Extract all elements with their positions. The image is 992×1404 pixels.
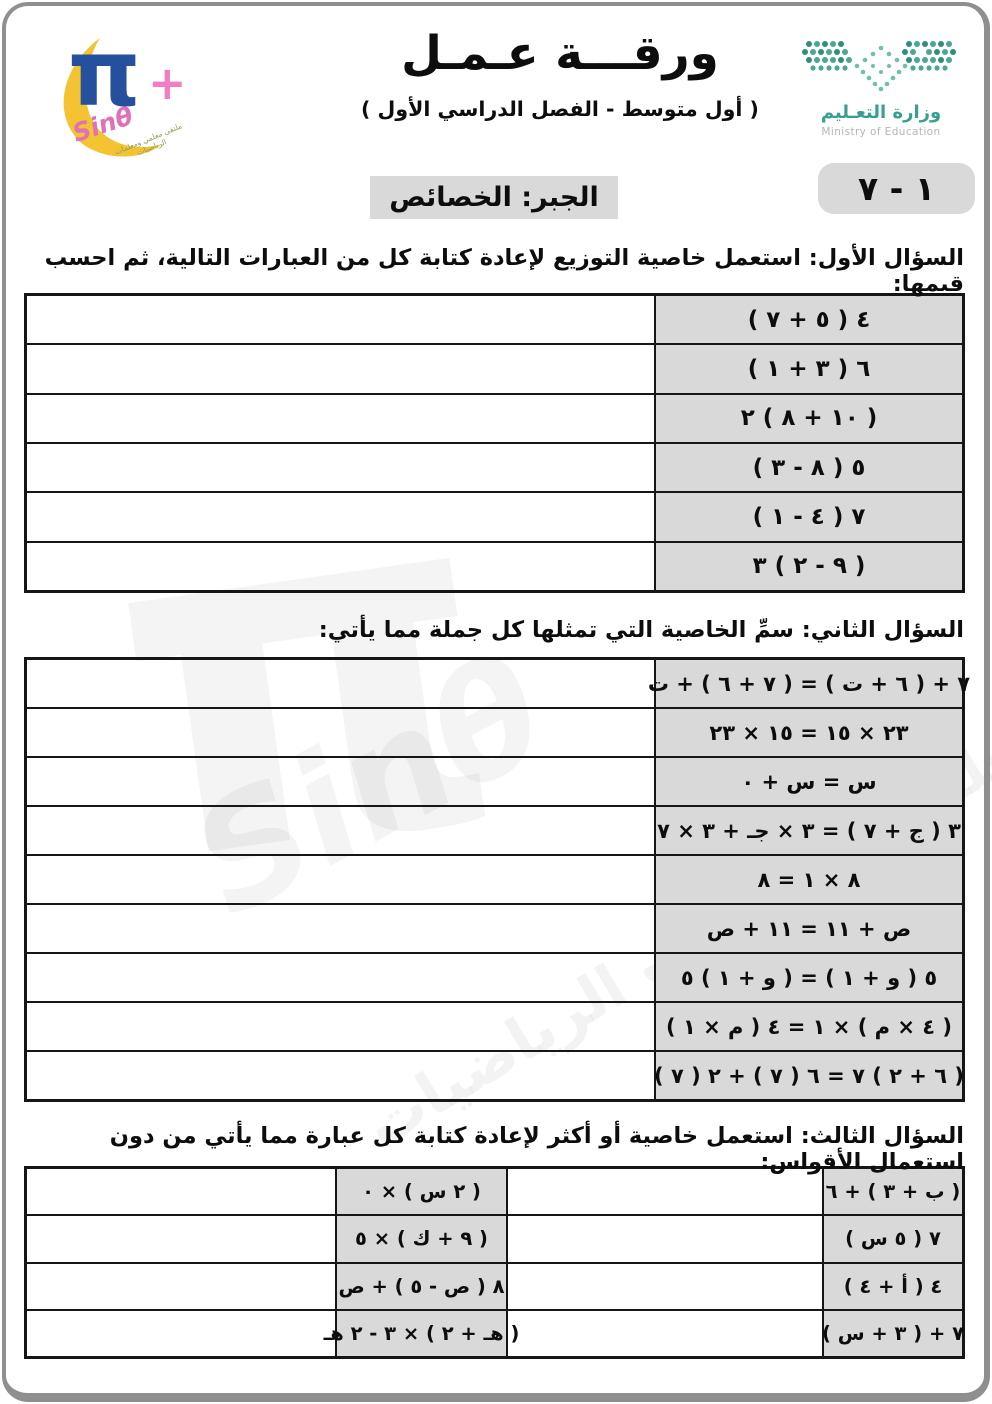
expression-cell: ( ٩ - ٢ ) ٣ [654, 543, 962, 590]
answer-cell[interactable] [27, 1264, 335, 1309]
expression-cell: س = س + ٠ [654, 758, 962, 805]
answer-cell[interactable] [27, 1216, 335, 1261]
ministry-emblem-icon [801, 38, 961, 94]
answer-cell[interactable] [506, 1216, 822, 1261]
expression-cell: ٣ ( ج + ٧ ) = ٣ × جـ + ٣ × ٧ [654, 807, 962, 854]
expression-cell: ٤ ( ٥ + ٧ ) [654, 296, 962, 343]
expression-cell: ص + ١١ = ١١ + ص [654, 905, 962, 952]
expression-cell: ٧ ( ٤ - ١ ) [654, 493, 962, 540]
table-row: ٨ × ١ = ٨ [27, 854, 962, 903]
sina-logo: π + Sinθ ملتقى معلمي ومعلمات الرياضيات [42, 34, 194, 166]
answer-cell[interactable] [27, 1311, 335, 1356]
question2-heading: السؤال الثاني: سمِّ الخاصية التي تمثلها … [30, 617, 964, 643]
expression-cell: ٧ ( ٥ س ) [822, 1216, 962, 1261]
page-subtitle: ( أول متوسط - الفصل الدراسي الأول ) [270, 97, 850, 121]
table-row: ص + ١١ = ١١ + ص [27, 903, 962, 952]
expression-cell: ٥ ( و + ١ ) = ( و + ١ ) ٥ [654, 954, 962, 1001]
table-row: ٥ ( ٨ - ٣ ) [27, 442, 962, 491]
expression-cell: ٢٣ × ١٥ = ١٥ × ٢٣ [654, 709, 962, 756]
expression-cell: ( ١٠ + ٨ ) ٢ [654, 395, 962, 442]
answer-cell[interactable] [506, 1311, 822, 1356]
answer-cell[interactable] [506, 1264, 822, 1309]
table-row: ٥ ( و + ١ ) = ( و + ١ ) ٥ [27, 952, 962, 1001]
expression-cell: ٥ ( ٨ - ٣ ) [654, 444, 962, 491]
answer-cell[interactable] [506, 1169, 822, 1214]
ministry-name-arabic: وزارة التعـليم [795, 102, 967, 123]
expression-cell: ٧ + ( ٣ + س ) [822, 1311, 962, 1356]
table-row: ٣ ( ج + ٧ ) = ٣ × جـ + ٣ × ٧ [27, 805, 962, 854]
answer-cell[interactable] [27, 1169, 335, 1214]
table-row: ٧ + ( ٦ + ت ) = ( ٧ + ٦ ) + ت [27, 660, 962, 707]
sina-pi-icon: π [68, 28, 141, 120]
table-row: ٧ + ( ٣ + س ) ( هـ + ٢ ) × ٣ - ٢ هـ [27, 1309, 962, 1356]
expression-cell: ٤ ( أ + ٤ ) [822, 1264, 962, 1309]
expression-cell: ( ب + ٣ ) + ٦ [822, 1169, 962, 1214]
table-row: ( ١٠ + ٨ ) ٢ [27, 393, 962, 442]
table-row: ٦ ( ٣ + ١ ) [27, 343, 962, 392]
lesson-number-badge: ١ - ٧ [818, 163, 975, 214]
ministry-name-english: Ministry of Education [795, 126, 967, 138]
expression-cell: ٧ + ( ٦ + ت ) = ( ٧ + ٦ ) + ت [654, 660, 962, 707]
expression-cell: ( ٦ + ٢ ) ٧ = ٦ ( ٧ ) + ٢ ( ٧ ) [654, 1052, 962, 1099]
page-title: ورقـــة عـمـل [270, 26, 850, 81]
expression-cell: ٨ × ١ = ٨ [654, 856, 962, 903]
expression-cell: ( هـ + ٢ ) × ٣ - ٢ هـ [335, 1311, 506, 1356]
table-row: ٧ ( ٥ س ) ( ٩ + ك ) × ٥ [27, 1214, 962, 1261]
question3-heading: السؤال الثالث: استعمل خاصية أو أكثر لإعا… [30, 1123, 964, 1175]
table-row: ( ٩ - ٢ ) ٣ [27, 541, 962, 590]
table-row: ٧ ( ٤ - ١ ) [27, 491, 962, 540]
expression-cell: ٦ ( ٣ + ١ ) [654, 345, 962, 392]
table-row: ٤ ( ٥ + ٧ ) [27, 296, 962, 343]
q3-table: ( ب + ٣ ) + ٦ ( ٢ س ) × ٠ ٧ ( ٥ س ) ( ٩ … [24, 1166, 965, 1359]
question1-heading: السؤال الأول: استعمل خاصية التوزيع لإعاد… [30, 245, 964, 297]
table-row: ( ب + ٣ ) + ٦ ( ٢ س ) × ٠ [27, 1169, 962, 1214]
table-row: ( ٤ × م ) × ١ = ٤ ( م × ١ ) [27, 1001, 962, 1050]
table-row: ٤ ( أ + ٤ ) ٨ ( ص - ٥ ) + ص [27, 1262, 962, 1309]
expression-cell: ( ٩ + ك ) × ٥ [335, 1216, 506, 1261]
sina-plus-icon: + [148, 60, 187, 106]
expression-cell: ٨ ( ص - ٥ ) + ص [335, 1264, 506, 1309]
table-row: س = س + ٠ [27, 756, 962, 805]
header-title-block: ورقـــة عـمـل ( أول متوسط - الفصل الدراس… [270, 26, 850, 121]
table-row: ( ٦ + ٢ ) ٧ = ٦ ( ٧ ) + ٢ ( ٧ ) [27, 1050, 962, 1099]
expression-cell: ( ٤ × م ) × ١ = ٤ ( م × ١ ) [654, 1003, 962, 1050]
expression-cell: ( ٢ س ) × ٠ [335, 1169, 506, 1214]
section-title: الجبر: الخصائص [370, 176, 618, 219]
q1-table: ٤ ( ٥ + ٧ ) ٦ ( ٣ + ١ ) ( ١٠ + ٨ ) ٢ ٥ (… [24, 293, 965, 593]
q2-table: ٧ + ( ٦ + ت ) = ( ٧ + ٦ ) + ت ٢٣ × ١٥ = … [24, 657, 965, 1102]
ministry-logo: وزارة التعـليم Ministry of Education [795, 38, 967, 138]
table-row: ٢٣ × ١٥ = ١٥ × ٢٣ [27, 707, 962, 756]
